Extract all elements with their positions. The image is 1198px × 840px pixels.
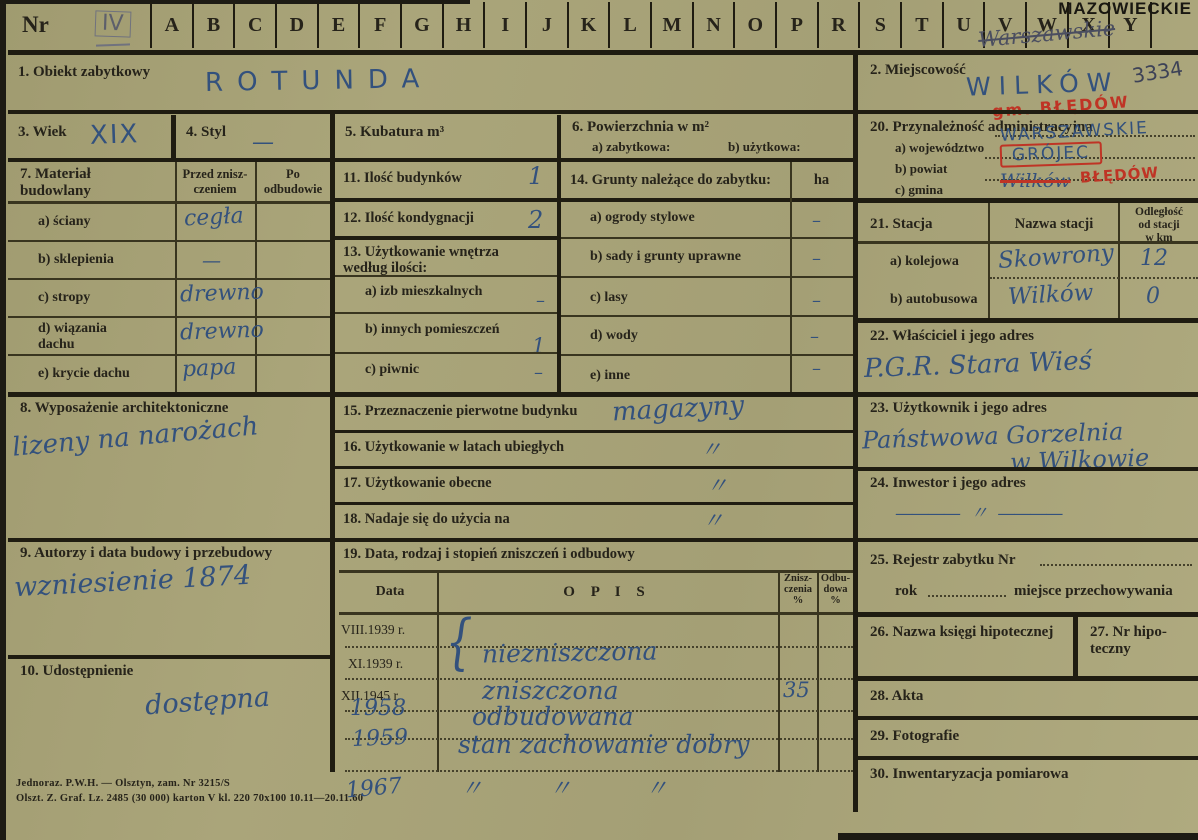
letter-cell: T	[900, 2, 942, 48]
letter-cell: A	[150, 2, 192, 48]
rule	[858, 756, 1198, 760]
table-col-opis: O P I S	[437, 584, 777, 601]
station-row-label: a) kolejowa	[890, 254, 959, 270]
material-row-label: a) ściany	[38, 214, 91, 230]
rule	[175, 162, 177, 392]
letter-cell: C	[233, 2, 275, 48]
rule	[8, 201, 330, 204]
section-14-unit: ha	[790, 172, 853, 188]
rule	[561, 315, 853, 317]
material-row-value: drewno	[180, 320, 265, 345]
section-13-row-value: –	[536, 292, 545, 310]
section-10-label: 10. Udostępnienie	[20, 663, 133, 680]
rule	[8, 392, 330, 397]
material-row-value: cegła	[183, 205, 244, 230]
section-23-label: 23. Użytkownik i jego adres	[870, 400, 1047, 417]
section-20b-label: b) powiat	[895, 161, 947, 177]
damage-row-date: 1959	[352, 727, 409, 751]
grounds-row-value: –	[812, 212, 821, 230]
grounds-row-label: a) ogrody stylowe	[590, 210, 695, 226]
column-divider	[330, 114, 335, 772]
section-9-label: 9. Autorzy i data budowy i przebudowy	[20, 545, 272, 562]
table-col-odbudowa: Odbu- dowa %	[818, 573, 853, 606]
table-col-data: Data	[345, 584, 435, 600]
section-1-value: ROTUNDA	[205, 66, 434, 96]
rule	[335, 198, 853, 202]
section-22-label: 22. Właściciel i jego adres	[870, 328, 1034, 345]
rule	[255, 162, 257, 392]
section-9-value: wzniesienie 1874	[13, 562, 251, 601]
material-row-value: —	[202, 252, 221, 271]
section-10-value: dostępna	[144, 684, 271, 720]
section-13-row-label: a) izb mieszkalnych	[365, 284, 482, 300]
rule	[8, 50, 1198, 55]
section-3-label: 3. Wiek	[18, 124, 67, 141]
grounds-row-value: –	[812, 250, 821, 268]
scan-edge-bottom	[838, 833, 1198, 840]
section-12-label: 12. Ilość kondygnacji	[343, 210, 474, 226]
section-18-label: 18. Nadaje się do użycia na	[343, 511, 510, 527]
letter-cell: B	[192, 2, 234, 48]
rule	[8, 278, 330, 280]
grounds-row-value: –	[812, 292, 821, 310]
section-28-label: 28. Akta	[870, 688, 923, 705]
rule	[335, 538, 853, 542]
section-19-label: 19. Data, rodzaj i stopień zniszczeń i o…	[343, 546, 635, 562]
letter-cell: M	[650, 2, 692, 48]
letter-cell: K	[567, 2, 609, 48]
damage-row-date: VIII.1939 r.	[341, 622, 405, 638]
rule	[858, 241, 1198, 244]
damage-row-date: XI.1939 r.	[348, 656, 403, 672]
scan-edge-left	[0, 0, 6, 840]
damage-row-opis: niezniszczona	[482, 638, 658, 666]
section-11-label: 11. Ilość budynków	[343, 170, 462, 186]
letter-cell: N	[692, 2, 734, 48]
section-6a-label: a) zabytkowa:	[592, 139, 670, 155]
letter-cell: P	[775, 2, 817, 48]
rule	[335, 236, 557, 240]
letter-cell: G	[400, 2, 442, 48]
section-7-col-after: Po odbudowie	[256, 167, 330, 197]
section-13-row-label: c) piwnic	[365, 362, 419, 378]
section-15-value: magazyny	[611, 393, 744, 426]
section-13-row-value: 1	[532, 336, 545, 357]
rule	[858, 467, 1198, 471]
material-row-value: papa	[181, 357, 236, 382]
section-3-value: XIX	[90, 121, 140, 149]
rule	[858, 392, 1198, 397]
letter-cell: O	[733, 2, 775, 48]
section-18-value: 〃	[702, 511, 724, 533]
rule	[335, 158, 853, 162]
rule	[335, 466, 853, 469]
section-25-label: 25. Rejestr zabytku Nr	[870, 552, 1016, 569]
hand-brace: {	[446, 612, 473, 672]
monument-record-card: Nr IV A B C D E F G H I J K L M N O P R …	[0, 0, 1198, 840]
rule	[858, 538, 1198, 542]
section-21-col-dist: Odległość od stacji w km	[1120, 206, 1198, 245]
rule	[339, 612, 853, 615]
section-30-label: 30. Inwentaryzacja pomiarowa	[870, 766, 1068, 783]
section-11-value: 1	[528, 164, 543, 188]
rule	[335, 312, 557, 314]
material-row-label: e) krycie dachu	[38, 366, 130, 382]
material-row-label: c) stropy	[38, 290, 90, 306]
letter-cell: I	[483, 2, 525, 48]
section-13-label: 13. Użytkowanie wnętrza według ilości:	[343, 244, 499, 276]
letter-cell: H	[442, 2, 484, 48]
rule	[8, 110, 1198, 114]
section-7-col-before: Przed znisz- czeniem	[176, 167, 254, 197]
section-27-label: 27. Nr hipo- teczny	[1090, 624, 1167, 658]
fill-line	[928, 595, 1006, 597]
damage-row-opis: 〃 〃 〃	[460, 778, 668, 801]
nr-handwritten-value: IV	[95, 10, 131, 37]
section-1-label: 1. Obiekt zabytkowy	[18, 64, 150, 81]
column-divider	[853, 55, 858, 812]
print-imprint-line1: Jednoraz. P.W.H. — Olsztyn, zam. Nr 3215…	[16, 778, 230, 789]
section-7-label: 7. Materiał budowlany	[20, 166, 150, 200]
section-20c-old-value: Wilków	[1000, 172, 1071, 191]
section-5-label: 5. Kubatura m³	[345, 124, 444, 141]
grounds-row-value: –	[810, 328, 819, 346]
section-4-value: —	[252, 132, 274, 154]
damage-row-date: 1967	[345, 776, 403, 803]
damage-row-opis: stan zachowanie dobry	[458, 732, 749, 757]
rule	[858, 612, 1198, 617]
grounds-row-label: d) wody	[590, 328, 638, 344]
section-2-number: 3334	[1131, 58, 1184, 86]
rule	[858, 676, 1198, 681]
rule	[335, 430, 853, 433]
section-16-value: 〃	[700, 440, 722, 462]
voivodeship-stamp: MAZOWIECKIE	[1058, 0, 1192, 19]
section-22-value: P.G.R. Stara Wieś	[864, 348, 1093, 382]
letter-cell: J	[525, 2, 567, 48]
section-14-label: 14. Grunty należące do zabytku:	[570, 172, 771, 188]
section-29-label: 29. Fotografie	[870, 728, 959, 745]
station-row-name: Wilków	[1007, 282, 1094, 309]
material-row-label: b) sklepienia	[38, 252, 114, 268]
damage-row-zn: 35	[783, 680, 810, 701]
damage-row-opis: zniszczona	[482, 678, 619, 703]
letter-cell: D	[275, 2, 317, 48]
rule	[345, 770, 853, 772]
section-25-miejsce-label: miejsce przechowywania	[1014, 583, 1173, 600]
grounds-row-value: –	[812, 360, 821, 378]
grounds-row-label: e) inne	[590, 368, 630, 384]
grounds-row-label: c) lasy	[590, 290, 628, 306]
letter-cell: F	[358, 2, 400, 48]
section-20c-new-value: BŁĘDÓW	[1080, 165, 1160, 185]
section-21-label: 21. Stacja	[870, 216, 933, 233]
fill-line	[990, 277, 1198, 279]
rule	[335, 392, 853, 397]
rule	[1073, 617, 1078, 676]
rule	[858, 716, 1198, 720]
section-20a-label: a) województwo	[895, 140, 984, 156]
station-row-name: Skowrony	[997, 242, 1114, 273]
section-17-value: 〃	[706, 476, 728, 498]
rule	[858, 198, 1198, 203]
nr-label: Nr	[22, 12, 49, 38]
section-20c-label: c) gmina	[895, 182, 943, 198]
section-4-label: 4. Styl	[186, 124, 226, 141]
rule	[561, 237, 853, 239]
section-26-label: 26. Nazwa księgi hipotecznej	[870, 624, 1053, 641]
letter-cell: U	[942, 2, 984, 48]
station-row-dist: 12	[1140, 248, 1168, 270]
section-6-label: 6. Powierzchnia w m²	[572, 119, 709, 136]
rule	[8, 316, 330, 318]
section-21-col-name: Nazwa stacji	[990, 216, 1118, 232]
section-2-label: 2. Miejscowość	[870, 62, 966, 79]
section-13-row-value: –	[534, 364, 543, 382]
rule	[561, 276, 853, 278]
material-row-label: d) wiązania dachu	[38, 321, 107, 353]
section-24-label: 24. Inwestor i jego adres	[870, 475, 1026, 492]
damage-row-opis: odbudowana	[472, 704, 634, 729]
section-20b-value: GRÓJEC	[1000, 141, 1103, 168]
rule	[8, 354, 330, 356]
letter-cell: L	[608, 2, 650, 48]
grounds-row-label: b) sady i grunty uprawne	[590, 249, 741, 265]
rule	[8, 158, 330, 162]
material-row-value: drewno	[180, 282, 265, 307]
section-8-value: lizeny na narożach	[11, 413, 259, 460]
fill-line	[1040, 564, 1192, 566]
rule	[561, 354, 853, 356]
station-row-label: b) autobusowa	[890, 292, 978, 308]
section-15-label: 15. Przeznaczenie pierwotne budynku	[343, 403, 577, 419]
letter-cell: E	[317, 2, 359, 48]
section-17-label: 17. Użytkowanie obecne	[343, 475, 492, 491]
nr-underline	[96, 43, 130, 46]
section-6b-label: b) użytkowa:	[728, 139, 801, 155]
section-8-label: 8. Wyposażenie architektoniczne	[20, 400, 228, 417]
rule	[171, 115, 176, 158]
section-13-row-label: b) innych pomieszczeń	[365, 322, 500, 338]
rule	[557, 115, 561, 392]
rule	[335, 352, 557, 354]
rule	[8, 538, 330, 542]
section-25-rok-label: rok	[895, 583, 917, 600]
section-12-value: 2	[528, 208, 543, 232]
section-16-label: 16. Użytkowanie w latach ubiegłych	[343, 439, 564, 455]
damage-row-date: 1958	[350, 698, 406, 720]
station-row-dist: 0	[1146, 286, 1160, 308]
rule	[8, 240, 330, 242]
letter-cell: S	[858, 2, 900, 48]
rule	[335, 275, 557, 277]
rule	[335, 502, 853, 505]
table-col-zniszczenia: Znisz- czenia %	[779, 573, 817, 606]
section-24-value: ———— 〃 ————	[895, 505, 1061, 523]
rule	[339, 570, 853, 573]
rule	[8, 655, 330, 659]
letter-cell: R	[817, 2, 859, 48]
print-imprint-line2: Olszt. Z. Graf. Lz. 2485 (30 000) karton…	[16, 793, 363, 804]
rule	[858, 318, 1198, 323]
